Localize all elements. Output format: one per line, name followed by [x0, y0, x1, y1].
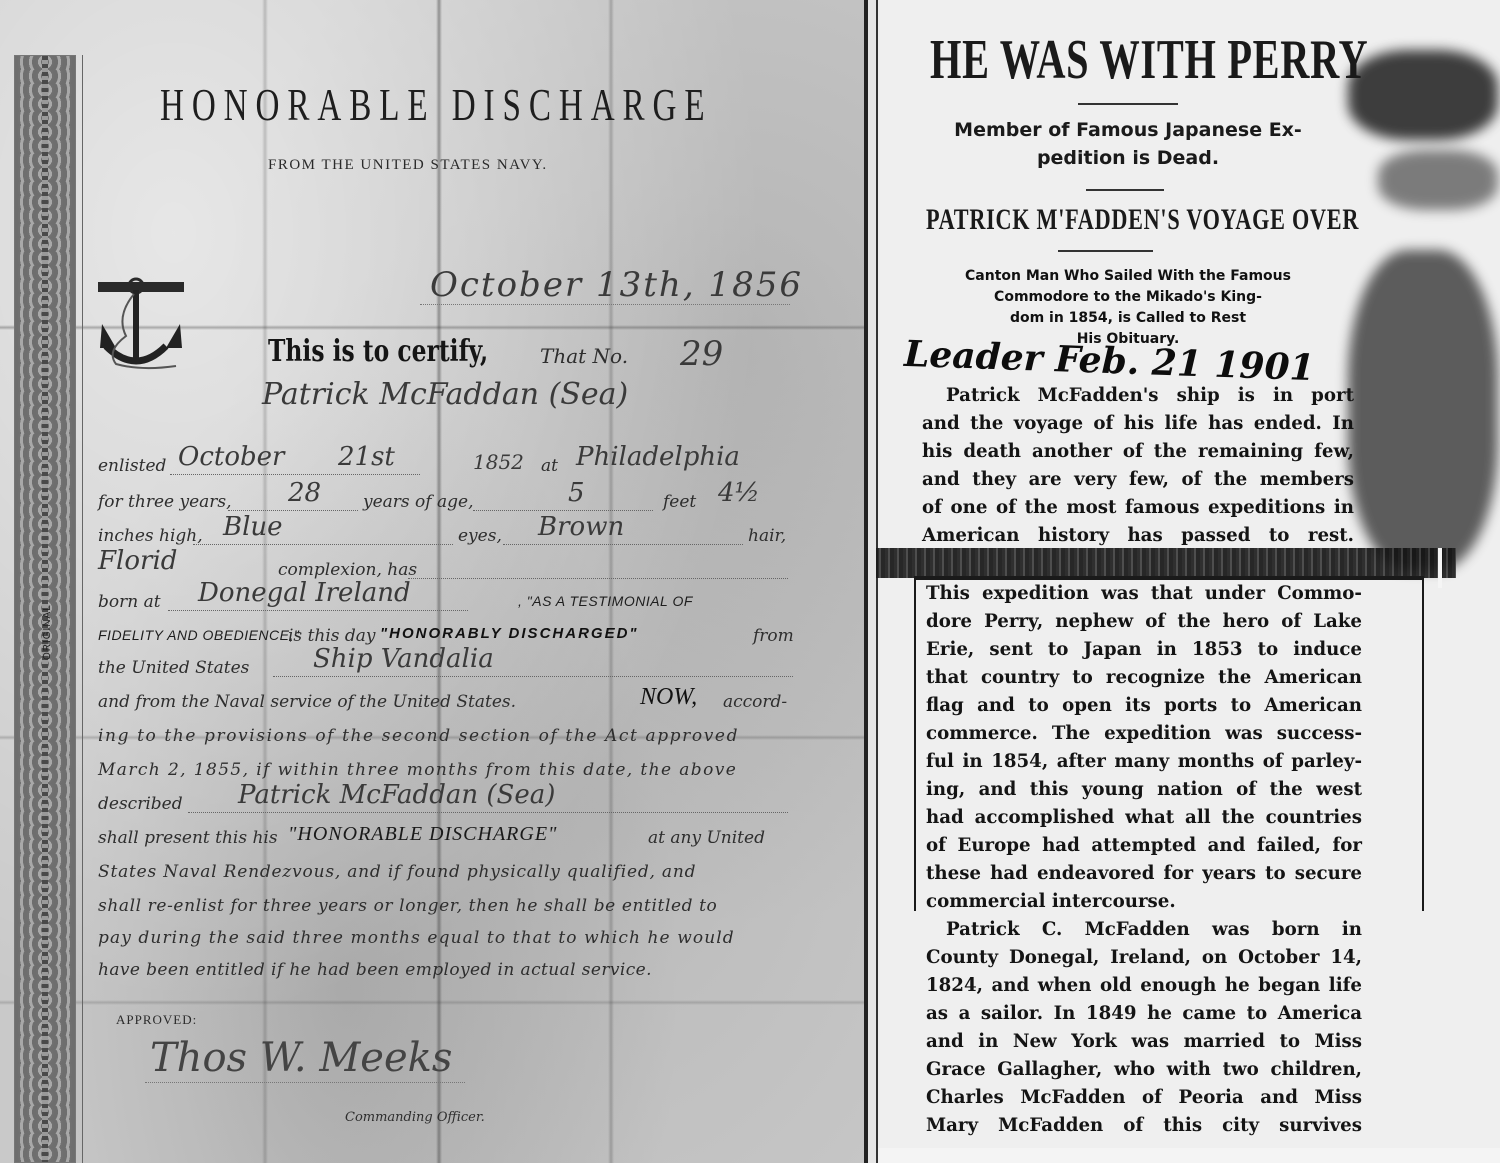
article-paragraph-2: This expedition was that under Commo- do… [926, 580, 1362, 1140]
officer-signature: Thos W. Meeks [150, 1035, 452, 1081]
article-line: ful in 1854, after many months of parley… [926, 748, 1362, 776]
certificate-title: HONORABLE DISCHARGE [160, 78, 578, 131]
article-line: and the voyage of his life has ended. In [922, 410, 1354, 438]
article-line: as a sailor. In 1849 he came to America [926, 1000, 1362, 1028]
clipping-fold-band [876, 548, 1456, 578]
article-line: and they are very few, of the members [922, 466, 1354, 494]
service-row: have been entitled if he had been employ… [98, 952, 798, 984]
height-inches: 4½ [718, 478, 760, 508]
now-text: NOW, [640, 684, 697, 711]
headline-rule [1078, 103, 1178, 105]
clipping-left-edge [876, 0, 878, 1163]
article-line: Charles McFadden of Peoria and Miss [926, 1084, 1362, 1112]
article-line: American history has passed to rest. [922, 522, 1354, 550]
article-line: had accomplished what all the countries [926, 804, 1362, 832]
field-label: enlisted [98, 456, 166, 476]
field-label: eyes, [458, 526, 502, 546]
article-line: and in New York was married to Miss [926, 1028, 1362, 1056]
article-line: ing, and this young nation of the west [926, 776, 1362, 804]
present-row: shall present this his "HONORABLE DISCHA… [98, 820, 798, 852]
article-line: Mary McFadden of this city survives [926, 1112, 1362, 1140]
enlist-day: 21st [338, 442, 395, 472]
certificate-number: 29 [680, 334, 723, 374]
article-line: these had endeavored for years to secure [926, 860, 1362, 888]
article-line: dore Perry, nephew of the hero of Lake [926, 608, 1362, 636]
article-line: that country to recognize the American [926, 664, 1362, 692]
deck-rule [1086, 189, 1164, 191]
article-line: commercial intercourse. [926, 888, 1362, 916]
discharge-certificate: ORIGINAL HONORABLE DISCHARGE FROM THE UN… [0, 0, 868, 1163]
enlist-year: 1852 [473, 450, 524, 474]
ship-name: Ship Vandalia [313, 644, 494, 674]
deck-1-line: pedition is Dead. [908, 144, 1348, 172]
field-label: for three years, [98, 492, 232, 512]
ink-smudge [1348, 250, 1498, 570]
testimonial-text: , "AS A TESTIMONIAL OF [518, 593, 693, 609]
ink-smudge [1378, 150, 1498, 210]
anchor-icon [96, 276, 186, 376]
border-label: ORIGINAL [42, 604, 53, 660]
field-label: accord- [723, 692, 787, 712]
article-line: Patrick McFadden's ship is in port [922, 382, 1354, 410]
body-text: shall re-enlist for three years or longe… [98, 896, 717, 916]
blank-line [273, 676, 793, 677]
certify-lead: This is to certify, [268, 334, 488, 369]
body-text: States Naval Rendezvous, and if found ph… [98, 862, 696, 882]
signature-title: Commanding Officer. [345, 1110, 485, 1125]
deck-1-line: Member of Famous Japanese Ex- [908, 116, 1348, 144]
article-paragraph-1: Patrick McFadden's ship is in port and t… [922, 382, 1354, 550]
blank-line [473, 510, 653, 511]
enlisted-row: enlisted October 21st 1852 at Philadelph… [98, 448, 798, 480]
clipping-bottom-margin [876, 1148, 1500, 1163]
body-text: shall present this his [98, 828, 278, 848]
issue-date: October 13th, 1856 [430, 265, 803, 305]
article-line: Erie, sent to Japan in 1853 to induce [926, 636, 1362, 664]
fold-crease [0, 1000, 868, 1005]
provisions-row: ing to the provisions of the second sect… [98, 718, 798, 750]
field-label: from [753, 626, 794, 646]
fidelity-text: FIDELITY AND OBEDIENCE," [98, 627, 299, 643]
described-name: Patrick McFaddan (Sea) [238, 780, 555, 810]
pay-row: pay during the said three months equal t… [98, 920, 798, 952]
eyes-hair-row: inches high, Blue eyes, Brown hair, [98, 518, 798, 550]
field-label: at [541, 456, 558, 476]
deck-3-line: Canton Man Who Sailed With the Famous [908, 266, 1348, 287]
body-text: pay during the said three months equal t… [98, 928, 735, 948]
headline: HE WAS WITH PERRY [930, 28, 1368, 92]
article-line: of one of the most famous expeditions in [922, 494, 1354, 522]
field-label: hair, [748, 526, 786, 546]
enlist-month: October [178, 442, 284, 472]
body-text: have been entitled if he had been employ… [98, 960, 652, 980]
deck-2: PATRICK M'FADDEN'S VOYAGE OVER [926, 203, 1359, 237]
certificate-subtitle: FROM THE UNITED STATES NAVY. [268, 157, 548, 174]
blank-line [170, 474, 420, 475]
article-line: flag and to open its ports to American [926, 692, 1362, 720]
field-label: the United States [98, 658, 249, 678]
field-label: born at [98, 592, 161, 612]
newspaper-clipping: HE WAS WITH PERRY Member of Famous Japan… [868, 0, 1500, 1163]
deck-1: Member of Famous Japanese Ex- pedition i… [908, 116, 1348, 172]
field-label: years of age, [363, 492, 473, 512]
birthplace-value: Donegal Ireland [198, 578, 411, 608]
article-line: his death another of the remaining few, [922, 438, 1354, 466]
field-label: inches high, [98, 526, 203, 546]
article-line: of Europe had attempted and failed, for [926, 832, 1362, 860]
body-text: March 2, 1855, if within three months fr… [98, 760, 737, 780]
age-value: 28 [288, 478, 321, 508]
article-line: Grace Gallagher, who with two children, [926, 1056, 1362, 1084]
field-label: described [98, 794, 183, 814]
clipping-tab [1438, 548, 1442, 588]
honorable-discharge-text: "HONORABLE DISCHARGE" [288, 823, 557, 846]
blank-line [408, 578, 788, 579]
body-text: at any United [648, 828, 765, 848]
naval-service-row: and from the Naval service of the United… [98, 684, 798, 716]
ship-row: the United States Ship Vandalia [98, 650, 798, 682]
approved-label: APPROVED: [116, 1012, 197, 1028]
age-height-row: for three years, 28 years of age, 5 feet… [98, 484, 798, 516]
height-feet: 5 [568, 478, 585, 508]
article-line: Patrick C. McFadden was born in [926, 916, 1362, 944]
blank-line [168, 610, 468, 611]
blank-line [188, 812, 788, 813]
signature-line [145, 1082, 465, 1083]
ink-smudge [1348, 50, 1498, 140]
article-line: commerce. The expedition was success- [926, 720, 1362, 748]
recipient-line: Patrick McFaddan (Sea) [262, 383, 868, 415]
described-row: described Patrick McFaddan (Sea) [98, 786, 798, 818]
hair-color: Brown [538, 512, 624, 542]
complexion-value: Florid [98, 546, 177, 576]
field-label: and from the Naval service of the United… [98, 692, 516, 712]
blank-line [503, 544, 743, 545]
birthplace-row: born at Donegal Ireland , "AS A TESTIMON… [98, 584, 798, 616]
recipient-name: Patrick McFaddan (Sea) [262, 377, 628, 412]
eye-color: Blue [223, 512, 283, 542]
enlist-place: Philadelphia [576, 442, 740, 472]
deck-3-line: dom in 1854, is Called to Rest [908, 308, 1348, 329]
body-text: ing to the provisions of the second sect… [98, 726, 739, 746]
field-label: complexion, has [278, 560, 417, 580]
rendezvous-row: States Naval Rendezvous, and if found ph… [98, 854, 798, 886]
reenlist-row: shall re-enlist for three years or longe… [98, 888, 798, 920]
article-line: This expedition was that under Commo- [926, 580, 1362, 608]
article-line: County Donegal, Ireland, on October 14, [926, 944, 1362, 972]
field-label: is this day [288, 626, 376, 646]
side-rule [82, 55, 83, 1163]
honorably-discharged-text: "HONORABLY DISCHARGED" [380, 625, 639, 642]
blank-line [228, 510, 358, 511]
blank-line [193, 544, 453, 545]
certify-heading: This is to certify, [268, 334, 550, 369]
that-no-label: That No. [540, 344, 628, 368]
article-line: 1824, and when old enough he began life [926, 972, 1362, 1000]
deck-rule [1058, 250, 1153, 252]
deck-3-line: Commodore to the Mikado's King- [908, 287, 1348, 308]
field-label: feet [663, 492, 696, 512]
